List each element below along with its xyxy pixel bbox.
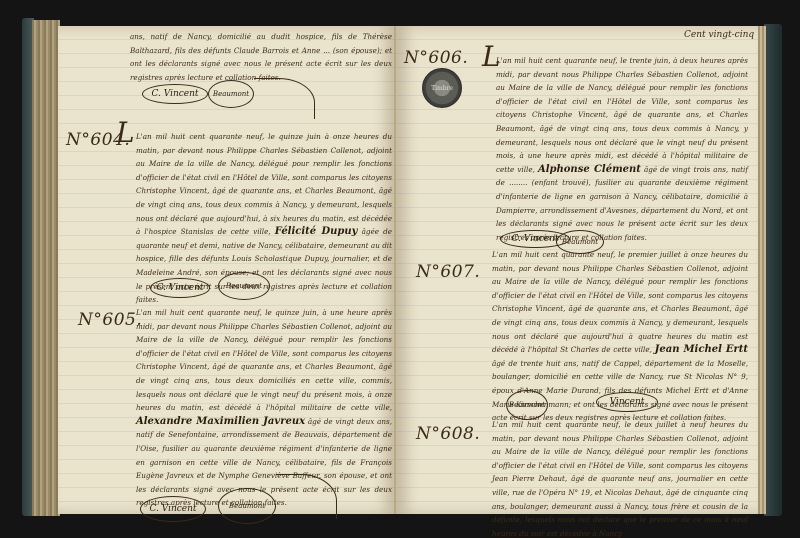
signature-beaumont-604: Beaumont — [218, 272, 270, 300]
signature-beaumont-607: Beaumont — [506, 390, 548, 420]
deceased-name-605: Alexandre Maximilien Javreux — [136, 416, 305, 427]
signature-beaumont: Beaumont — [208, 80, 254, 108]
entry-606-text: L'an mil huit cent quarante neuf, le tre… — [496, 54, 748, 244]
seal-label: Timbre — [431, 85, 453, 92]
deceased-name-606: Alphonse Clément — [538, 164, 641, 175]
register-book: ans, natif de Nancy, domicilié au dudit … — [22, 14, 782, 526]
entry-608-text: L'an mil huit cent quarante neuf, le deu… — [492, 418, 748, 538]
signature-beaumont-605: Beaumont — [218, 488, 276, 524]
entry-number-607: N°607. — [416, 262, 480, 282]
page-number-text: Cent vingt-cinq — [684, 30, 754, 40]
right-cover — [764, 24, 782, 516]
initial-letter: L — [116, 116, 135, 149]
entry-607-body: L'an mil huit cent quarante neuf, le pre… — [492, 250, 748, 354]
continuation-text: ans, natif de Nancy, domicilié au dudit … — [130, 30, 392, 84]
deceased-name-607: Jean Michel Ertt — [655, 344, 748, 355]
signature-vincent-605: C. Vincent — [140, 496, 206, 522]
deceased-name-604: Félicité Dupuy — [275, 226, 358, 237]
entry-605-body: L'an mil huit cent quarante neuf, le qui… — [136, 308, 392, 412]
entry-606-body: L'an mil huit cent quarante neuf, le tre… — [496, 56, 748, 174]
entry-604-body: L'an mil huit cent quarante neuf, le qui… — [136, 132, 392, 236]
entry-number-608: N°608. — [416, 424, 480, 444]
signature-vincent-607: Vincent — [596, 392, 658, 412]
entry-number-605: N°605. — [78, 310, 142, 330]
signature-vincent-604: C. Vincent — [150, 278, 210, 298]
signature-vincent: C. Vincent — [142, 84, 208, 104]
stamp-seal-icon: Timbre — [422, 68, 462, 108]
left-page-edges — [32, 20, 60, 516]
left-page: ans, natif de Nancy, domicilié au dudit … — [58, 26, 396, 514]
entry-605-text: L'an mil huit cent quarante neuf, le qui… — [136, 306, 392, 510]
right-page: Cent vingt-cinq N°606. Timbre L L'an mil… — [396, 26, 758, 514]
right-page-edges — [758, 26, 766, 514]
entry-number-606: N°606. — [404, 48, 468, 68]
